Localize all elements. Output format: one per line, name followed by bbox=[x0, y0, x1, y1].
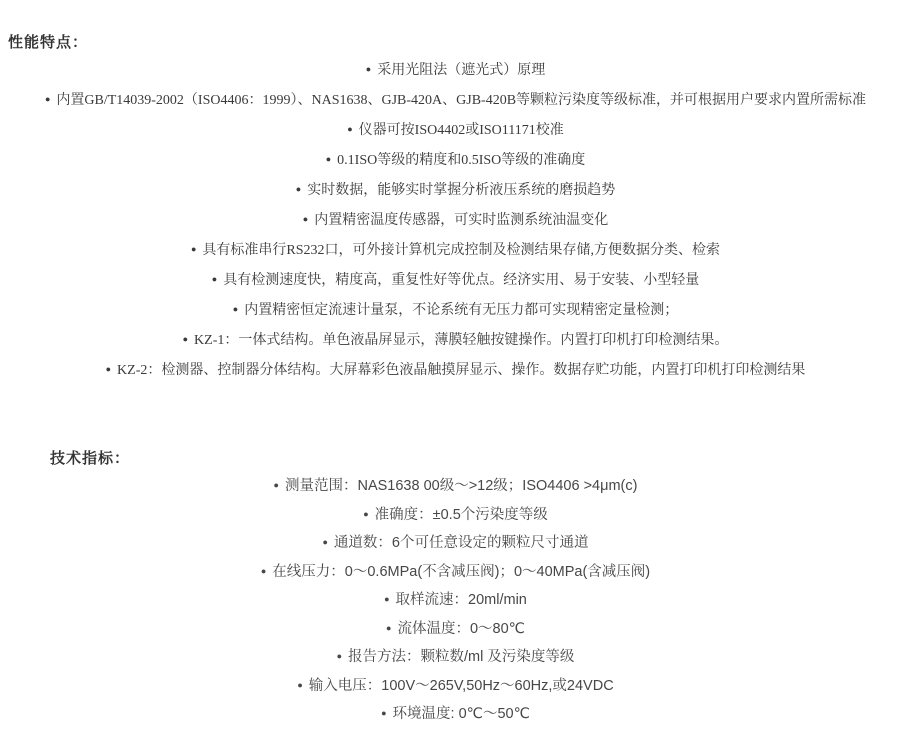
spec-item-text: 通道数：6个可任意设定的颗粒尺寸通道 bbox=[334, 535, 589, 551]
spec-item: ●环境温度: 0℃～50℃ bbox=[6, 700, 905, 729]
bullet-icon: ● bbox=[366, 55, 371, 83]
feature-item: ●内置精密温度传感器，可实时监测系统油温变化 bbox=[6, 205, 905, 235]
feature-item-text: 内置GB/T14039-2002（ISO4406：1999）、NAS1638、G… bbox=[56, 93, 866, 108]
spec-item: ●准确度：±0.5个污染度等级 bbox=[6, 501, 905, 530]
spec-item-text: 环境温度: 0℃～50℃ bbox=[393, 706, 530, 722]
bullet-icon: ● bbox=[303, 205, 308, 233]
bullet-icon: ● bbox=[212, 265, 217, 293]
feature-item: ●采用光阻法（遮光式）原理 bbox=[6, 55, 905, 85]
spec-item: ●测量范围：NAS1638 00级～>12级；ISO4406 >4μm(c) bbox=[6, 472, 905, 501]
spec-item: ●报告方法：颗粒数/ml 及污染度等级 bbox=[6, 643, 905, 672]
feature-item-text: 实时数据，能够实时掌握分析液压系统的磨损趋势 bbox=[307, 183, 615, 198]
feature-item-text: 内置精密恒定流速计量泵，不论系统有无压力都可实现精密定量检测； bbox=[244, 303, 678, 318]
bullet-icon: ● bbox=[261, 558, 266, 586]
product-spec-page: 性能特点： ●采用光阻法（遮光式）原理 ●内置GB/T14039-2002（IS… bbox=[0, 0, 911, 730]
feature-item: ●0.1ISO等级的精度和0.5ISO等级的准确度 bbox=[6, 145, 905, 175]
bullet-icon: ● bbox=[384, 586, 389, 614]
spec-item-text: 流体温度：0～80℃ bbox=[397, 621, 524, 637]
feature-item: ●具有标准串行RS232口，可外接计算机完成控制及检测结果存储,方便数据分类、检… bbox=[6, 235, 905, 265]
bullet-icon: ● bbox=[322, 529, 327, 557]
bullet-icon: ● bbox=[326, 145, 331, 173]
bullet-icon: ● bbox=[363, 501, 368, 529]
spec-item: ●流体温度：0～80℃ bbox=[6, 615, 905, 644]
spec-item-text: 准确度：±0.5个污染度等级 bbox=[375, 507, 548, 523]
spec-item-text: 在线压力：0～0.6MPa(不含减压阀)；0～40MPa(含减压阀) bbox=[272, 564, 650, 580]
bullet-icon: ● bbox=[337, 643, 342, 671]
feature-item-text: 仪器可按ISO4402或ISO11171校准 bbox=[359, 123, 564, 138]
bullet-icon: ● bbox=[381, 700, 386, 728]
feature-item: ●内置精密恒定流速计量泵，不论系统有无压力都可实现精密定量检测； bbox=[6, 295, 905, 325]
specs-list: ●测量范围：NAS1638 00级～>12级；ISO4406 >4μm(c) ●… bbox=[0, 472, 911, 729]
spec-item: ●在线压力：0～0.6MPa(不含减压阀)；0～40MPa(含减压阀) bbox=[6, 558, 905, 587]
bullet-icon: ● bbox=[274, 472, 279, 500]
bullet-icon: ● bbox=[297, 672, 302, 700]
feature-item-text: KZ-2：检测器、控制器分体结构。大屏幕彩色液晶触摸屏显示、操作。数据存贮功能，… bbox=[117, 363, 805, 378]
feature-item: ●KZ-2：检测器、控制器分体结构。大屏幕彩色液晶触摸屏显示、操作。数据存贮功能… bbox=[6, 355, 905, 385]
feature-item-text: 采用光阻法（遮光式）原理 bbox=[377, 63, 545, 78]
spec-item: ●取样流速：20ml/min bbox=[6, 586, 905, 615]
feature-item-text: 内置精密温度传感器，可实时监测系统油温变化 bbox=[314, 213, 608, 228]
feature-item-text: KZ-1：一体式结构。单色液晶屏显示，薄膜轻触按键操作。内置打印机打印检测结果。 bbox=[194, 333, 728, 348]
bullet-icon: ● bbox=[233, 295, 238, 323]
specs-heading: 技术指标： bbox=[50, 447, 911, 468]
feature-item: ●KZ-1：一体式结构。单色液晶屏显示，薄膜轻触按键操作。内置打印机打印检测结果… bbox=[6, 325, 905, 355]
spec-item-text: 输入电压：100V～265V,50Hz～60Hz,或24VDC bbox=[309, 678, 614, 694]
bullet-icon: ● bbox=[106, 355, 111, 383]
spec-item: ●输入电压：100V～265V,50Hz～60Hz,或24VDC bbox=[6, 672, 905, 701]
feature-item: ●内置GB/T14039-2002（ISO4406：1999）、NAS1638、… bbox=[6, 85, 905, 115]
bullet-icon: ● bbox=[191, 235, 196, 263]
feature-item-text: 具有检测速度快，精度高，重复性好等优点。经济实用、易于安装、小型轻量 bbox=[223, 273, 699, 288]
bullet-icon: ● bbox=[386, 615, 391, 643]
spec-item-text: 测量范围：NAS1638 00级～>12级；ISO4406 >4μm(c) bbox=[285, 478, 637, 494]
bullet-icon: ● bbox=[347, 115, 352, 143]
feature-item: ●仪器可按ISO4402或ISO11171校准 bbox=[6, 115, 905, 145]
feature-item: ●实时数据，能够实时掌握分析液压系统的磨损趋势 bbox=[6, 175, 905, 205]
feature-item-text: 具有标准串行RS232口，可外接计算机完成控制及检测结果存储,方便数据分类、检索 bbox=[202, 243, 720, 258]
spec-item: ●通道数：6个可任意设定的颗粒尺寸通道 bbox=[6, 529, 905, 558]
bullet-icon: ● bbox=[296, 175, 301, 203]
features-list: ●采用光阻法（遮光式）原理 ●内置GB/T14039-2002（ISO4406：… bbox=[0, 55, 911, 385]
spec-item-text: 取样流速：20ml/min bbox=[396, 592, 527, 608]
bullet-icon: ● bbox=[45, 85, 50, 113]
spec-item-text: 报告方法：颗粒数/ml 及污染度等级 bbox=[348, 649, 574, 665]
bullet-icon: ● bbox=[183, 325, 188, 353]
features-heading: 性能特点： bbox=[8, 0, 911, 52]
feature-item-text: 0.1ISO等级的精度和0.5ISO等级的准确度 bbox=[337, 153, 585, 168]
feature-item: ●具有检测速度快，精度高，重复性好等优点。经济实用、易于安装、小型轻量 bbox=[6, 265, 905, 295]
